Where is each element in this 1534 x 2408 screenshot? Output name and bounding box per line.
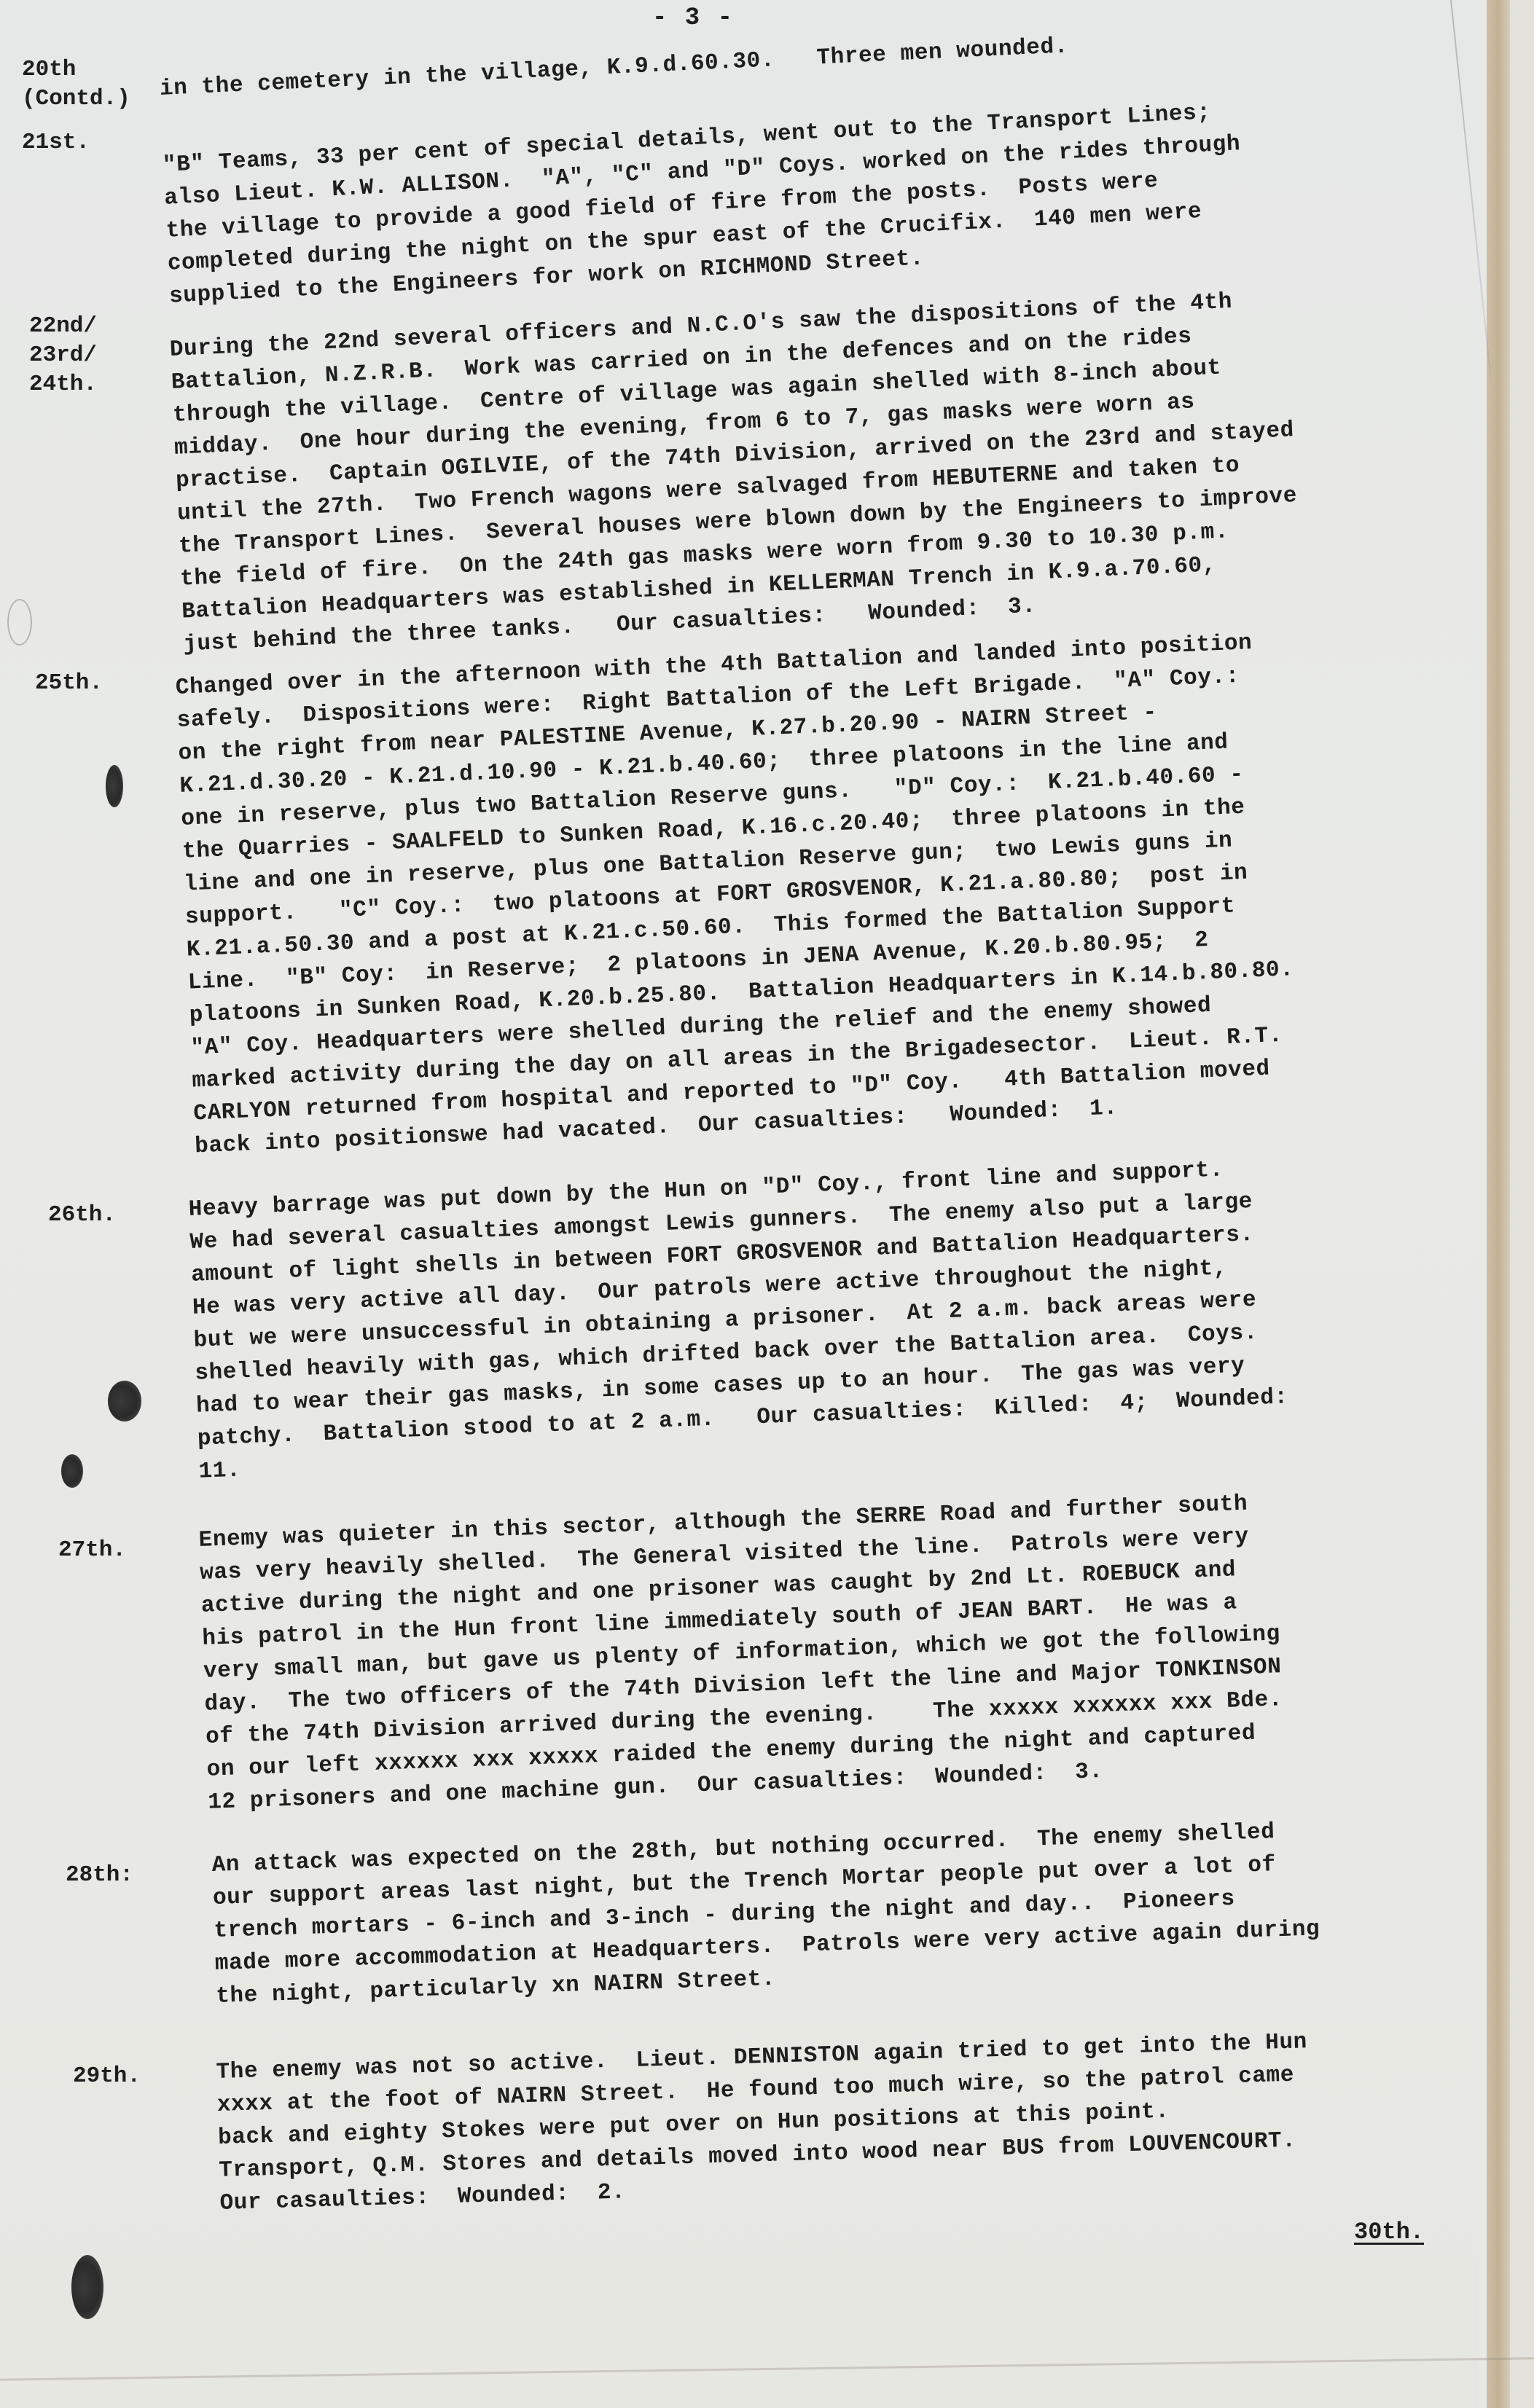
punch-hole-icon (61, 1454, 83, 1488)
entry-date: 27th. (58, 1536, 126, 1565)
entry-date: 26th. (48, 1201, 116, 1230)
page-edge (1510, 0, 1534, 2408)
entry-body: During the 22nd several officers and N.C… (169, 283, 1302, 661)
entry-date: 20th (Contd.) (22, 55, 130, 114)
entry-date: 28th: (66, 1861, 133, 1890)
punch-hole-icon (71, 2255, 103, 2319)
entry-body: Enemy was quieter in this sector, althou… (198, 1486, 1285, 1819)
catchword-next-page: 30th. (1354, 2219, 1424, 2246)
punch-hole-icon (7, 599, 32, 646)
entry-body: Changed over in the afternoon with the 4… (175, 625, 1300, 1163)
entry-body: An attack was expected on the 28th, but … (211, 1814, 1321, 2013)
page-number: - 3 - (652, 4, 734, 32)
entry-date: 21st. (22, 128, 90, 157)
entry-body: The enemy was not so active. Lieut. DENN… (216, 2025, 1312, 2220)
entry-date: 22nd/ 23rd/ 24th. (29, 312, 97, 399)
entry-body: Heavy barrage was put down by the Hun on… (188, 1152, 1290, 1489)
punch-hole-icon (108, 1381, 141, 1421)
punch-hole-icon (106, 765, 123, 807)
page-edge-stain (1487, 0, 1510, 2408)
entry-date: 29th. (73, 2062, 141, 2091)
entry-date: 25th. (35, 669, 103, 698)
